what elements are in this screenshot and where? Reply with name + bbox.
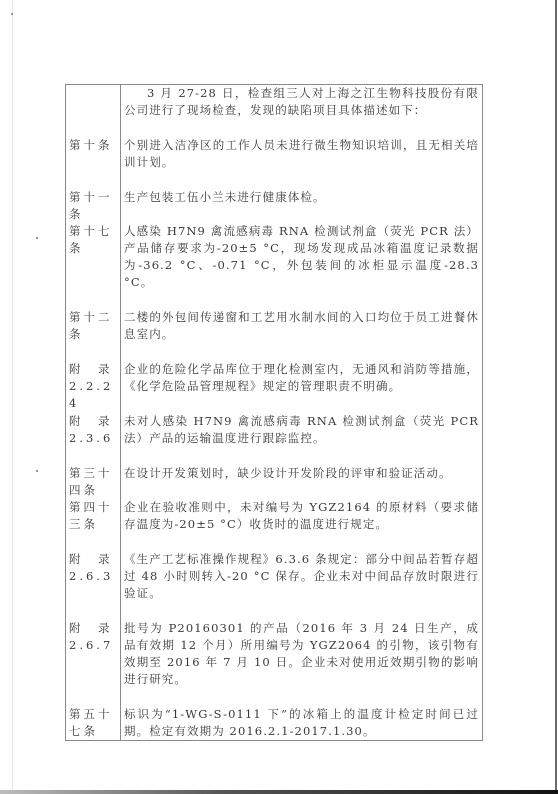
- table-row: 附 录 2.6.3 《生产工艺标准操作规程》6.3.6 条规定：部分中间品若暂存…: [66, 551, 483, 620]
- description-text: 企业在验收准则中，未对编号为 YGZ2164 的原材料（要求储存温度为-20±5…: [124, 499, 479, 533]
- table-row: 附 录 2.2.24 企业的危险化学品库位于理化检测室内，无通风和消防等措施，《…: [66, 361, 483, 413]
- description-cell: 《生产工艺标准操作规程》6.3.6 条规定：部分中间品若暂存超过 48 小时则转…: [121, 551, 483, 620]
- table-row: 附 录 2.3.6 未对人感染 H7N9 禽流感病毒 RNA 检测试剂盒（荧光 …: [66, 413, 483, 465]
- findings-table: 3 月 27-28 日，检查组三人对上海之江生物科技股份有限公司进行了现场检查，…: [65, 84, 483, 741]
- page-edge-bottom: [0, 790, 558, 794]
- intro-text: 3 月 27-28 日，检查组三人对上海之江生物科技股份有限公司进行了现场检查，…: [124, 85, 479, 119]
- table-row: 第十一条 生产包装工伍小兰未进行健康体检。: [66, 189, 483, 223]
- clause-cell: 附 录 2.6.7: [66, 620, 121, 706]
- description-cell: 批号为 P20160301 的产品（2016 年 3 月 24 日生产，成品有效…: [121, 620, 483, 706]
- scan-mark: [36, 237, 38, 239]
- description-cell: 企业的危险化学品库位于理化检测室内，无通风和消防等措施，《化学危险品管理规程》规…: [121, 361, 483, 413]
- description-text: 二楼的外包间传递窗和工艺用水制水间的入口均位于员工进餐休息室内。: [124, 309, 479, 343]
- description-cell: 在设计开发策划时，缺少设计开发阶段的评审和验证活动。: [121, 465, 483, 499]
- table-row: 第四十三条 企业在验收准则中，未对编号为 YGZ2164 的原材料（要求储存温度…: [66, 499, 483, 551]
- intro-row: 3 月 27-28 日，检查组三人对上海之江生物科技股份有限公司进行了现场检查，…: [66, 85, 483, 138]
- table-row: 第十条 个别进入洁净区的工作人员未进行微生物知识培训，且无相关培训计划。: [66, 137, 483, 189]
- table-row: 第三十四条 在设计开发策划时，缺少设计开发阶段的评审和验证活动。: [66, 465, 483, 499]
- clause-cell: 第三十四条: [66, 465, 121, 499]
- description-text: 《生产工艺标准操作规程》6.3.6 条规定：部分中间品若暂存超过 48 小时则转…: [124, 551, 479, 602]
- table-row: 第五十七条 标识为“1-WG-S-0111 下”的冰箱上的温度计检定时间已过期。…: [66, 706, 483, 741]
- description-cell: 未对人感染 H7N9 禽流感病毒 RNA 检测试剂盒（荧光 PCR 法）产品的运…: [121, 413, 483, 465]
- description-text: 批号为 P20160301 的产品（2016 年 3 月 24 日生产，成品有效…: [124, 620, 479, 688]
- clause-cell: 附 录 2.3.6: [66, 413, 121, 465]
- table-row: 附 录 2.6.7 批号为 P20160301 的产品（2016 年 3 月 2…: [66, 620, 483, 706]
- description-cell: 生产包装工伍小兰未进行健康体检。: [121, 189, 483, 223]
- clause-cell: 第十条: [66, 137, 121, 189]
- page-edge-left: [12, 0, 13, 790]
- clause-cell: 第十一条: [66, 189, 121, 223]
- description-text: 人感染 H7N9 禽流感病毒 RNA 检测试剂盒（荧光 PCR 法）产品储存要求…: [124, 223, 479, 291]
- scan-mark: [11, 13, 13, 15]
- clause-cell: 附 录 2.2.24: [66, 361, 121, 413]
- clause-cell: 附 录 2.6.3: [66, 551, 121, 620]
- description-text: 个别进入洁净区的工作人员未进行微生物知识培训，且无相关培训计划。: [124, 137, 479, 171]
- table-row: 第十二条 二楼的外包间传递窗和工艺用水制水间的入口均位于员工进餐休息室内。: [66, 309, 483, 361]
- table-row: 第十七条 人感染 H7N9 禽流感病毒 RNA 检测试剂盒（荧光 PCR 法）产…: [66, 223, 483, 309]
- description-cell: 个别进入洁净区的工作人员未进行微生物知识培训，且无相关培训计划。: [121, 137, 483, 189]
- clause-cell: [66, 85, 121, 138]
- description-text: 企业的危险化学品库位于理化检测室内，无通风和消防等措施，《化学危险品管理规程》规…: [124, 361, 479, 395]
- description-cell: 企业在验收准则中，未对编号为 YGZ2164 的原材料（要求储存温度为-20±5…: [121, 499, 483, 551]
- description-text: 未对人感染 H7N9 禽流感病毒 RNA 检测试剂盒（荧光 PCR 法）产品的运…: [124, 413, 479, 447]
- clause-cell: 第十二条: [66, 309, 121, 361]
- scan-mark: [36, 470, 38, 472]
- description-cell: 人感染 H7N9 禽流感病毒 RNA 检测试剂盒（荧光 PCR 法）产品储存要求…: [121, 223, 483, 309]
- clause-cell: 第十七条: [66, 223, 121, 309]
- clause-cell: 第五十七条: [66, 706, 121, 741]
- clause-cell: 第四十三条: [66, 499, 121, 551]
- description-cell: 二楼的外包间传递窗和工艺用水制水间的入口均位于员工进餐休息室内。: [121, 309, 483, 361]
- page-edge-right: [555, 0, 557, 790]
- description-cell: 标识为“1-WG-S-0111 下”的冰箱上的温度计检定时间已过期。检定有效期为…: [121, 706, 483, 741]
- description-cell: 3 月 27-28 日，检查组三人对上海之江生物科技股份有限公司进行了现场检查，…: [121, 85, 483, 138]
